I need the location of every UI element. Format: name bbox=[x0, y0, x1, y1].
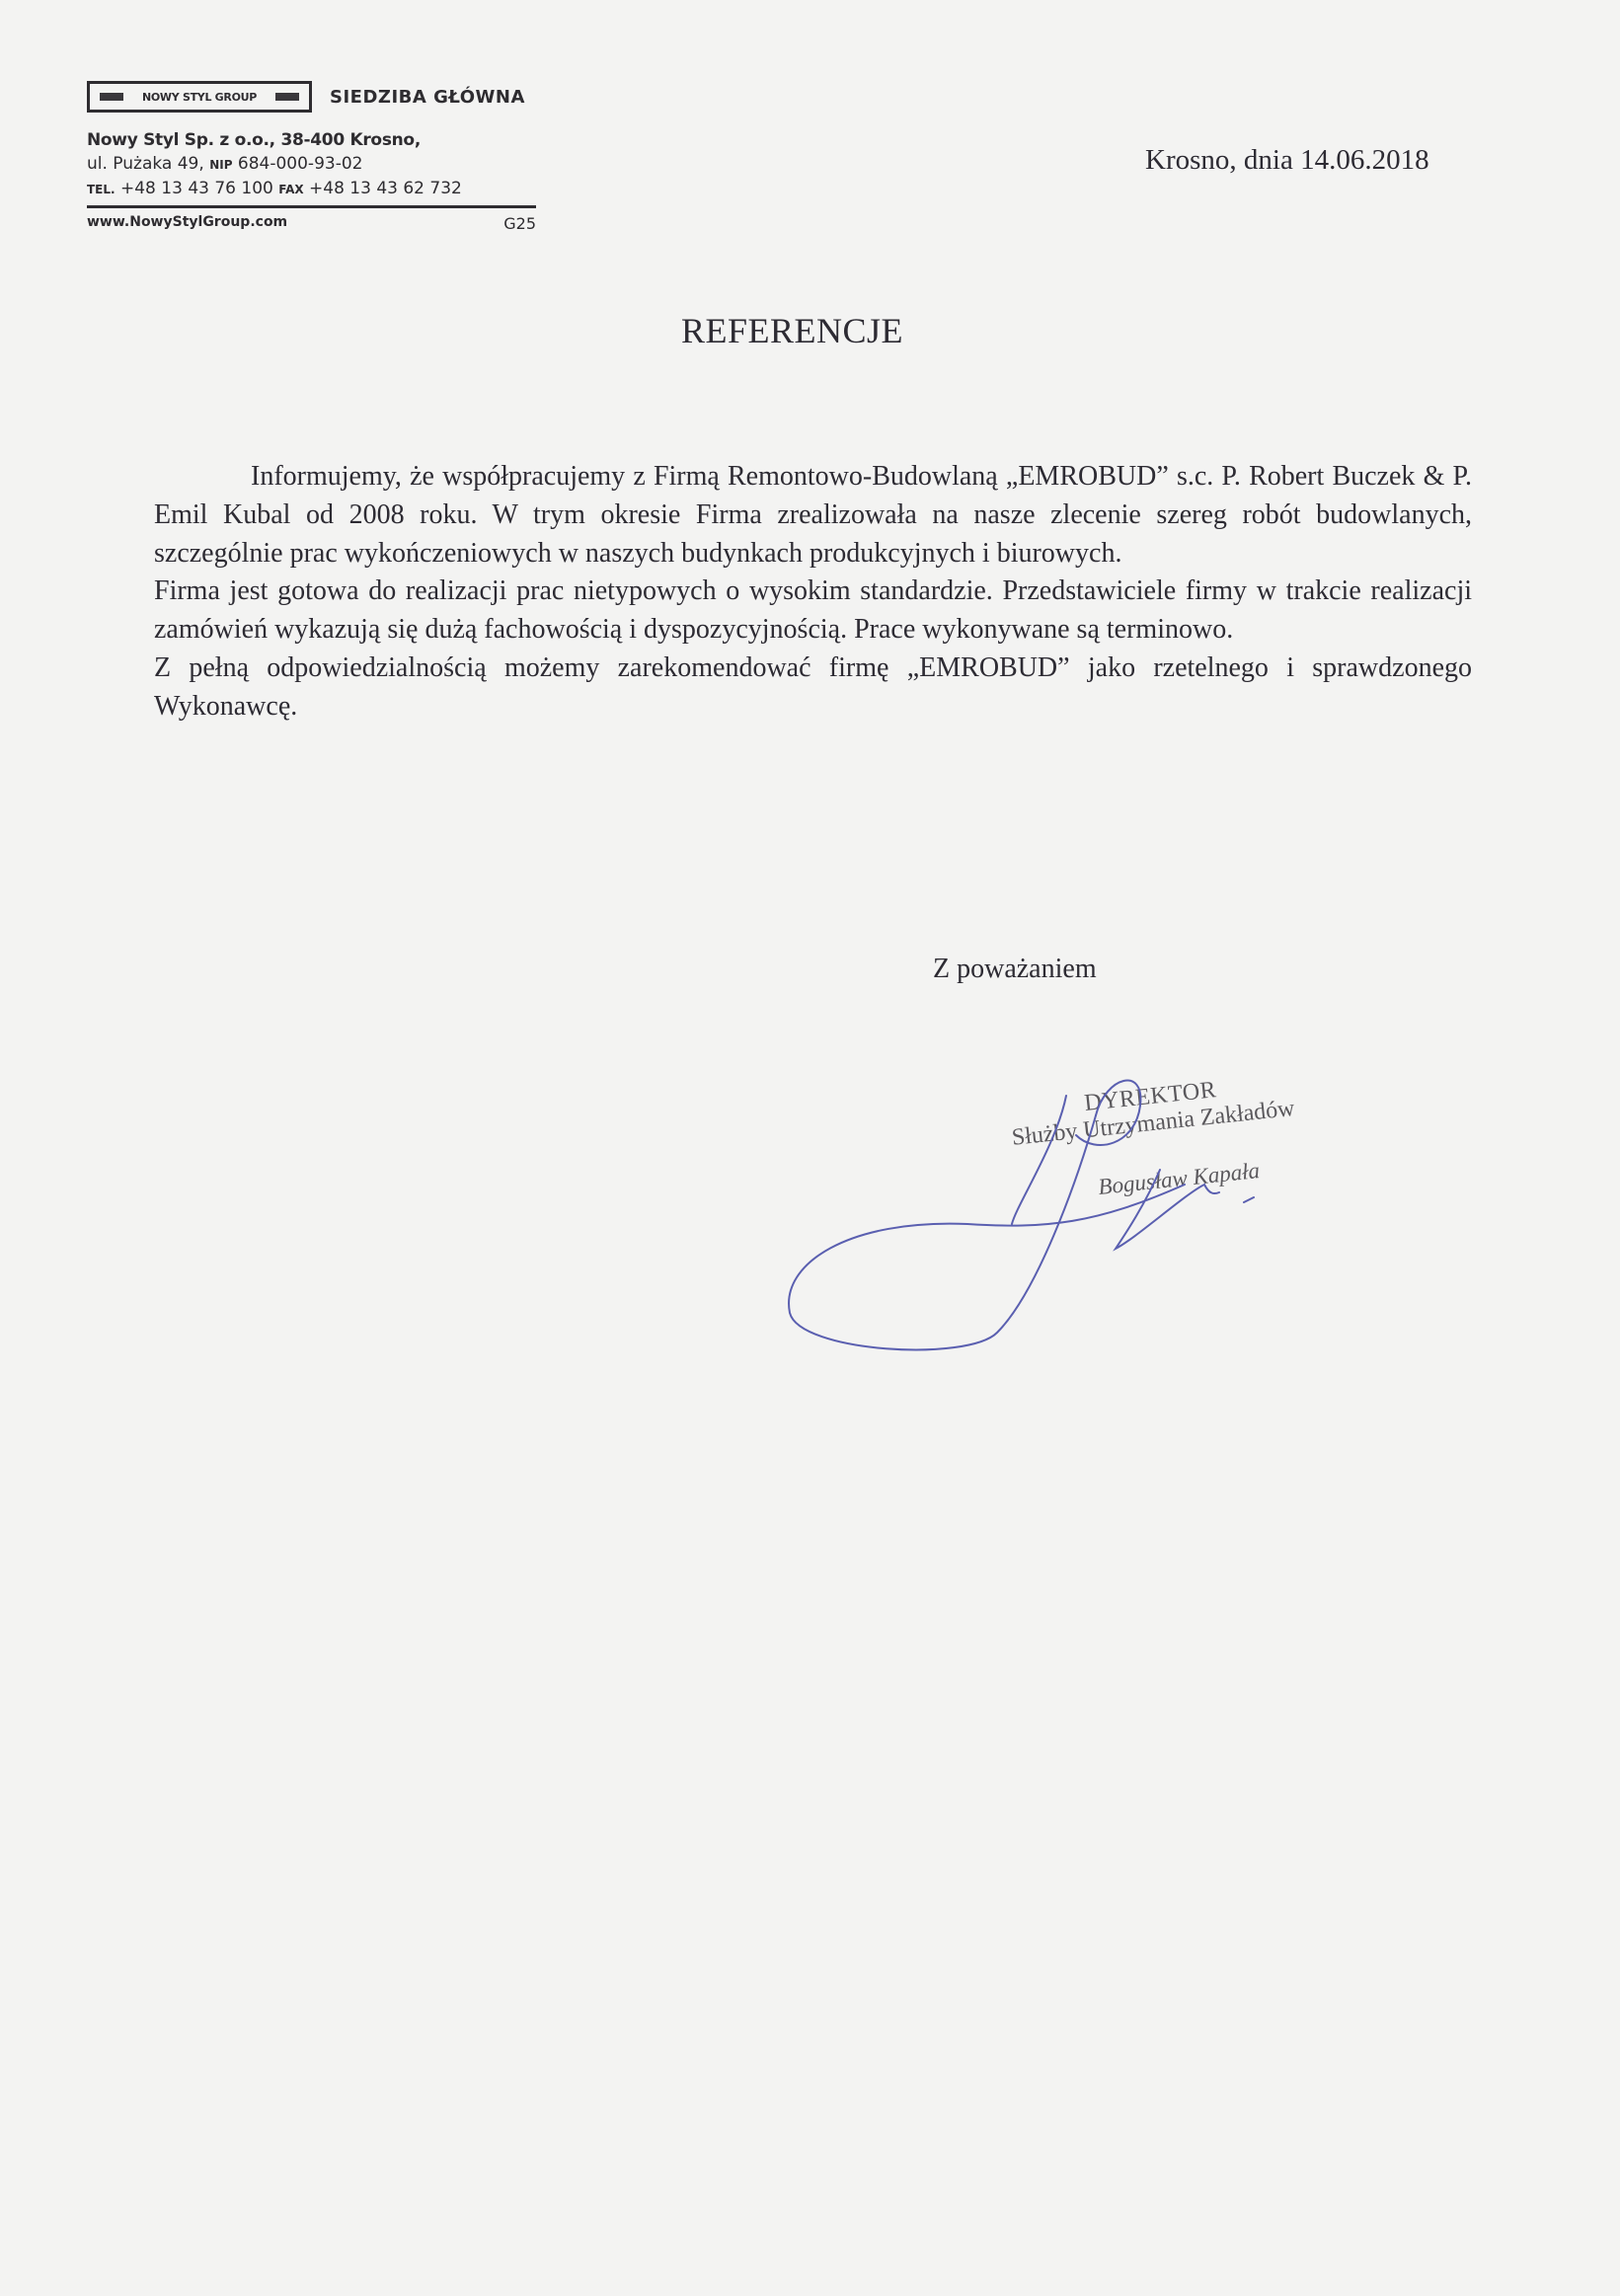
handwritten-signature-icon bbox=[770, 1036, 1362, 1372]
body-paragraph: Informujemy, że współpracujemy z Firmą R… bbox=[154, 458, 1472, 573]
logo-mark-icon bbox=[275, 93, 299, 101]
letter-body: Informujemy, że współpracujemy z Firmą R… bbox=[154, 458, 1472, 727]
fax-value: +48 13 43 62 732 bbox=[309, 179, 462, 198]
tel-value: +48 13 43 76 100 bbox=[120, 179, 273, 198]
body-paragraph: Z pełną odpowiedzialnością możemy zareko… bbox=[154, 650, 1472, 727]
stamp-divider bbox=[87, 205, 536, 208]
address-line: ul. Pużaka 49, NIP 684-000-93-02 bbox=[87, 152, 541, 177]
website: www.NowyStylGroup.com bbox=[87, 214, 287, 233]
body-paragraph: Firma jest gotowa do realizacji prac nie… bbox=[154, 573, 1472, 650]
company-name-line: Nowy Styl Sp. z o.o., 38-400 Krosno, bbox=[87, 128, 541, 152]
company-logo: NOWY STYL GROUP bbox=[87, 81, 312, 113]
nip-value: 684-000-93-02 bbox=[238, 154, 363, 174]
closing-salutation: Z poważaniem bbox=[933, 954, 1097, 985]
document-title: REFERENCJE bbox=[681, 310, 903, 351]
contact-line: TEL. +48 13 43 76 100 FAX +48 13 43 62 7… bbox=[87, 177, 541, 201]
logo-text: NOWY STYL GROUP bbox=[142, 91, 257, 104]
street: ul. Pużaka 49, bbox=[87, 154, 204, 174]
company-letterhead-stamp: NOWY STYL GROUP SIEDZIBA GŁÓWNA Nowy Sty… bbox=[87, 81, 541, 233]
date-line: Krosno, dnia 14.06.2018 bbox=[1145, 144, 1429, 177]
logo-mark-icon bbox=[100, 93, 123, 101]
tel-label: TEL. bbox=[87, 183, 116, 196]
nip-label: NIP bbox=[209, 158, 232, 172]
headquarters-label: SIEDZIBA GŁÓWNA bbox=[330, 87, 525, 108]
fax-label: FAX bbox=[278, 183, 303, 196]
stamp-code: G25 bbox=[503, 214, 536, 233]
